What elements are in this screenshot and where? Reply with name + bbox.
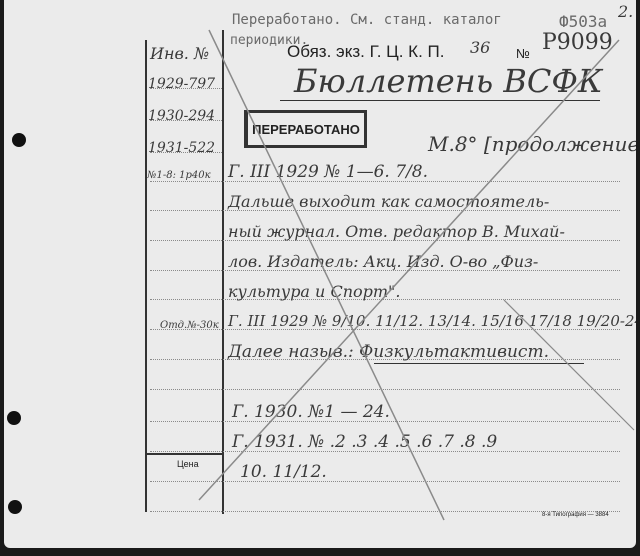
cancellation-cross [4,0,636,548]
catalog-card: Переработано. См. станд. каталог периоди… [4,0,636,548]
